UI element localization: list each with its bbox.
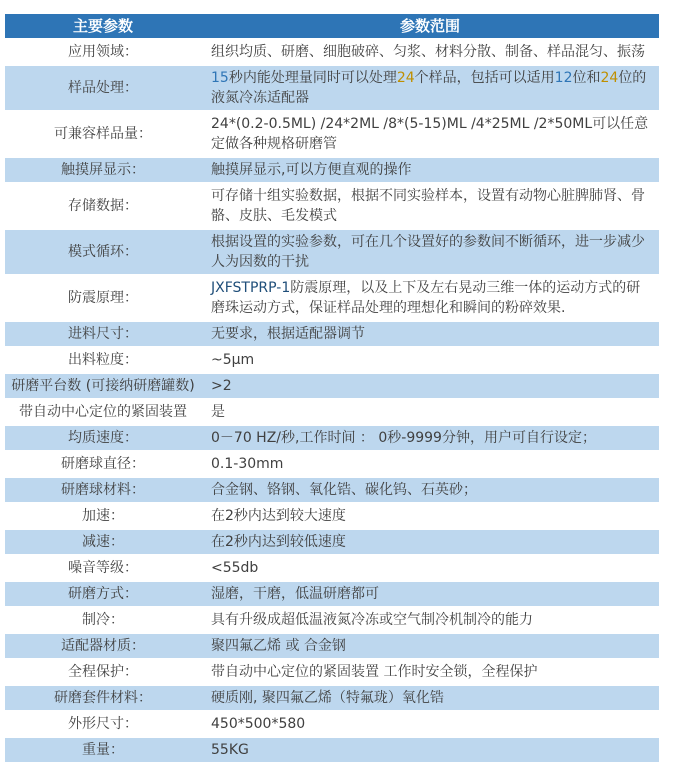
- param-label: 进料尺寸：: [5, 322, 201, 346]
- param-value-segment: 位和: [572, 70, 600, 86]
- spec-page: 主要参数 参数范围 应用领域：组织均质、研磨、细胞破碎、匀浆、材料分散、制备、样…: [0, 0, 684, 772]
- param-label: 应用领域：: [5, 40, 201, 64]
- param-label: 研磨球直径：: [5, 452, 201, 476]
- param-value: 根据设置的实验参数，可在几个设置好的参数间不断循环，进一步减少人为因数的干扰: [201, 230, 659, 274]
- table-row: 研磨球直径：0.1-30mm: [5, 452, 659, 476]
- table-row: 进料尺寸：无要求，根据适配器调节: [5, 322, 659, 346]
- param-value: 带自动中心定位的紧固装置 工作时安全锁，全程保护: [201, 660, 659, 684]
- param-label: 重量：: [5, 738, 201, 762]
- param-value: 0－70 HZ/秒,工作时间 ： 0秒-9999分钟，用户可自行设定；: [201, 426, 659, 450]
- param-label: 噪音等级：: [5, 556, 201, 580]
- table-header-row: 主要参数 参数范围: [5, 14, 659, 38]
- param-label: 研磨方式：: [5, 582, 201, 606]
- param-value: <55db: [201, 556, 659, 580]
- param-label: 减速：: [5, 530, 201, 554]
- param-label: 样品处理：: [5, 66, 201, 110]
- param-value: 是: [201, 400, 659, 424]
- table-row: 外形尺寸：450*500*580: [5, 712, 659, 736]
- param-label: 外形尺寸：: [5, 712, 201, 736]
- param-value-segment: JXFSTPRP-1: [211, 280, 290, 296]
- table-row: 研磨方式：湿磨，干磨，低温研磨都可: [5, 582, 659, 606]
- param-value-segment: 15: [211, 70, 229, 86]
- table-row: 制冷：具有升级成超低温液氮冷冻或空气制冷机制冷的能力: [5, 608, 659, 632]
- param-label: 触摸屏显示：: [5, 158, 201, 182]
- table-row: 均质速度：0－70 HZ/秒,工作时间 ： 0秒-9999分钟，用户可自行设定；: [5, 426, 659, 450]
- param-label: 研磨套件材料：: [5, 686, 201, 710]
- param-value: JXFSTPRP-1防震原理，以及上下及左右晃动三维一体的运动方式的研磨珠运动方…: [201, 276, 659, 320]
- table-row: 防震原理：JXFSTPRP-1防震原理，以及上下及左右晃动三维一体的运动方式的研…: [5, 276, 659, 320]
- param-label: 带自动中心定位的紧固装置: [5, 400, 201, 424]
- param-value: 0.1-30mm: [201, 452, 659, 476]
- param-value: 合金钢、铬钢、氧化锆、碳化钨、石英砂；: [201, 478, 659, 502]
- param-value: 具有升级成超低温液氮冷冻或空气制冷机制冷的能力: [201, 608, 659, 632]
- param-label: 加速：: [5, 504, 201, 528]
- param-value: 触摸屏显示,可以方便直观的操作: [201, 158, 659, 182]
- spec-table: 主要参数 参数范围 应用领域：组织均质、研磨、细胞破碎、匀浆、材料分散、制备、样…: [5, 12, 659, 764]
- table-row: 带自动中心定位的紧固装置是: [5, 400, 659, 424]
- param-value: 湿磨，干磨，低温研磨都可: [201, 582, 659, 606]
- table-row: 加速：在2秒内达到较大速度: [5, 504, 659, 528]
- param-label: 可兼容样品量：: [5, 112, 201, 156]
- table-row: 研磨套件材料：硬质刚, 聚四氟乙烯（特氟珑）氧化锆: [5, 686, 659, 710]
- param-value: 无要求，根据适配器调节: [201, 322, 659, 346]
- param-label: 出料粒度：: [5, 348, 201, 372]
- table-row: 研磨球材料：合金钢、铬钢、氧化锆、碳化钨、石英砂；: [5, 478, 659, 502]
- param-value: 组织均质、研磨、细胞破碎、匀浆、材料分散、制备、样品混匀、振荡: [201, 40, 659, 64]
- table-row: 重量：55KG: [5, 738, 659, 762]
- param-value: >2: [201, 374, 659, 398]
- param-value-segment: 个样品，包括可以适用: [415, 70, 555, 86]
- param-value-segment: 秒内能处理量同时可以处理: [229, 70, 397, 86]
- param-label: 全程保护：: [5, 660, 201, 684]
- param-label: 防震原理：: [5, 276, 201, 320]
- header-param-range: 参数范围: [201, 14, 659, 38]
- param-label: 均质速度：: [5, 426, 201, 450]
- param-label: 适配器材质：: [5, 634, 201, 658]
- param-label: 制冷：: [5, 608, 201, 632]
- param-label: 研磨球材料：: [5, 478, 201, 502]
- table-row: 研磨平台数 (可接纳研磨罐数)>2: [5, 374, 659, 398]
- param-value: 在2秒内达到较低速度: [201, 530, 659, 554]
- table-row: 减速：在2秒内达到较低速度: [5, 530, 659, 554]
- table-row: 样品处理：15秒内能处理量同时可以处理24个样品，包括可以适用12位和24位的液…: [5, 66, 659, 110]
- param-value-segment: 24: [397, 70, 415, 86]
- param-value: 聚四氟乙烯 或 合金钢: [201, 634, 659, 658]
- table-row: 模式循环：根据设置的实验参数，可在几个设置好的参数间不断循环，进一步减少人为因数…: [5, 230, 659, 274]
- table-row: 触摸屏显示：触摸屏显示,可以方便直观的操作: [5, 158, 659, 182]
- param-value-segment: 24: [600, 70, 618, 86]
- spec-table-body: 应用领域：组织均质、研磨、细胞破碎、匀浆、材料分散、制备、样品混匀、振荡样品处理…: [5, 40, 659, 762]
- param-label: 模式循环：: [5, 230, 201, 274]
- param-label: 存储数据：: [5, 184, 201, 228]
- param-value: 在2秒内达到较大速度: [201, 504, 659, 528]
- header-main-params: 主要参数: [5, 14, 201, 38]
- param-label: 研磨平台数 (可接纳研磨罐数): [5, 374, 201, 398]
- table-row: 应用领域：组织均质、研磨、细胞破碎、匀浆、材料分散、制备、样品混匀、振荡: [5, 40, 659, 64]
- param-value: 450*500*580: [201, 712, 659, 736]
- table-row: 全程保护：带自动中心定位的紧固装置 工作时安全锁，全程保护: [5, 660, 659, 684]
- table-row: 噪音等级：<55db: [5, 556, 659, 580]
- param-value: 可存储十组实验数据，根据不同实验样本，设置有动物心脏脾肺肾、骨骼、皮肤、毛发模式: [201, 184, 659, 228]
- param-value: ~5μm: [201, 348, 659, 372]
- table-row: 适配器材质：聚四氟乙烯 或 合金钢: [5, 634, 659, 658]
- table-row: 存储数据：可存储十组实验数据，根据不同实验样本，设置有动物心脏脾肺肾、骨骼、皮肤…: [5, 184, 659, 228]
- param-value-segment: 12: [555, 70, 573, 86]
- param-value: 55KG: [201, 738, 659, 762]
- param-value: 15秒内能处理量同时可以处理24个样品，包括可以适用12位和24位的液氮冷冻适配…: [201, 66, 659, 110]
- table-row: 可兼容样品量：24*(0.2-0.5ML) /24*2ML /8*(5-15)M…: [5, 112, 659, 156]
- param-value: 24*(0.2-0.5ML) /24*2ML /8*(5-15)ML /4*25…: [201, 112, 659, 156]
- table-row: 出料粒度：~5μm: [5, 348, 659, 372]
- param-value: 硬质刚, 聚四氟乙烯（特氟珑）氧化锆: [201, 686, 659, 710]
